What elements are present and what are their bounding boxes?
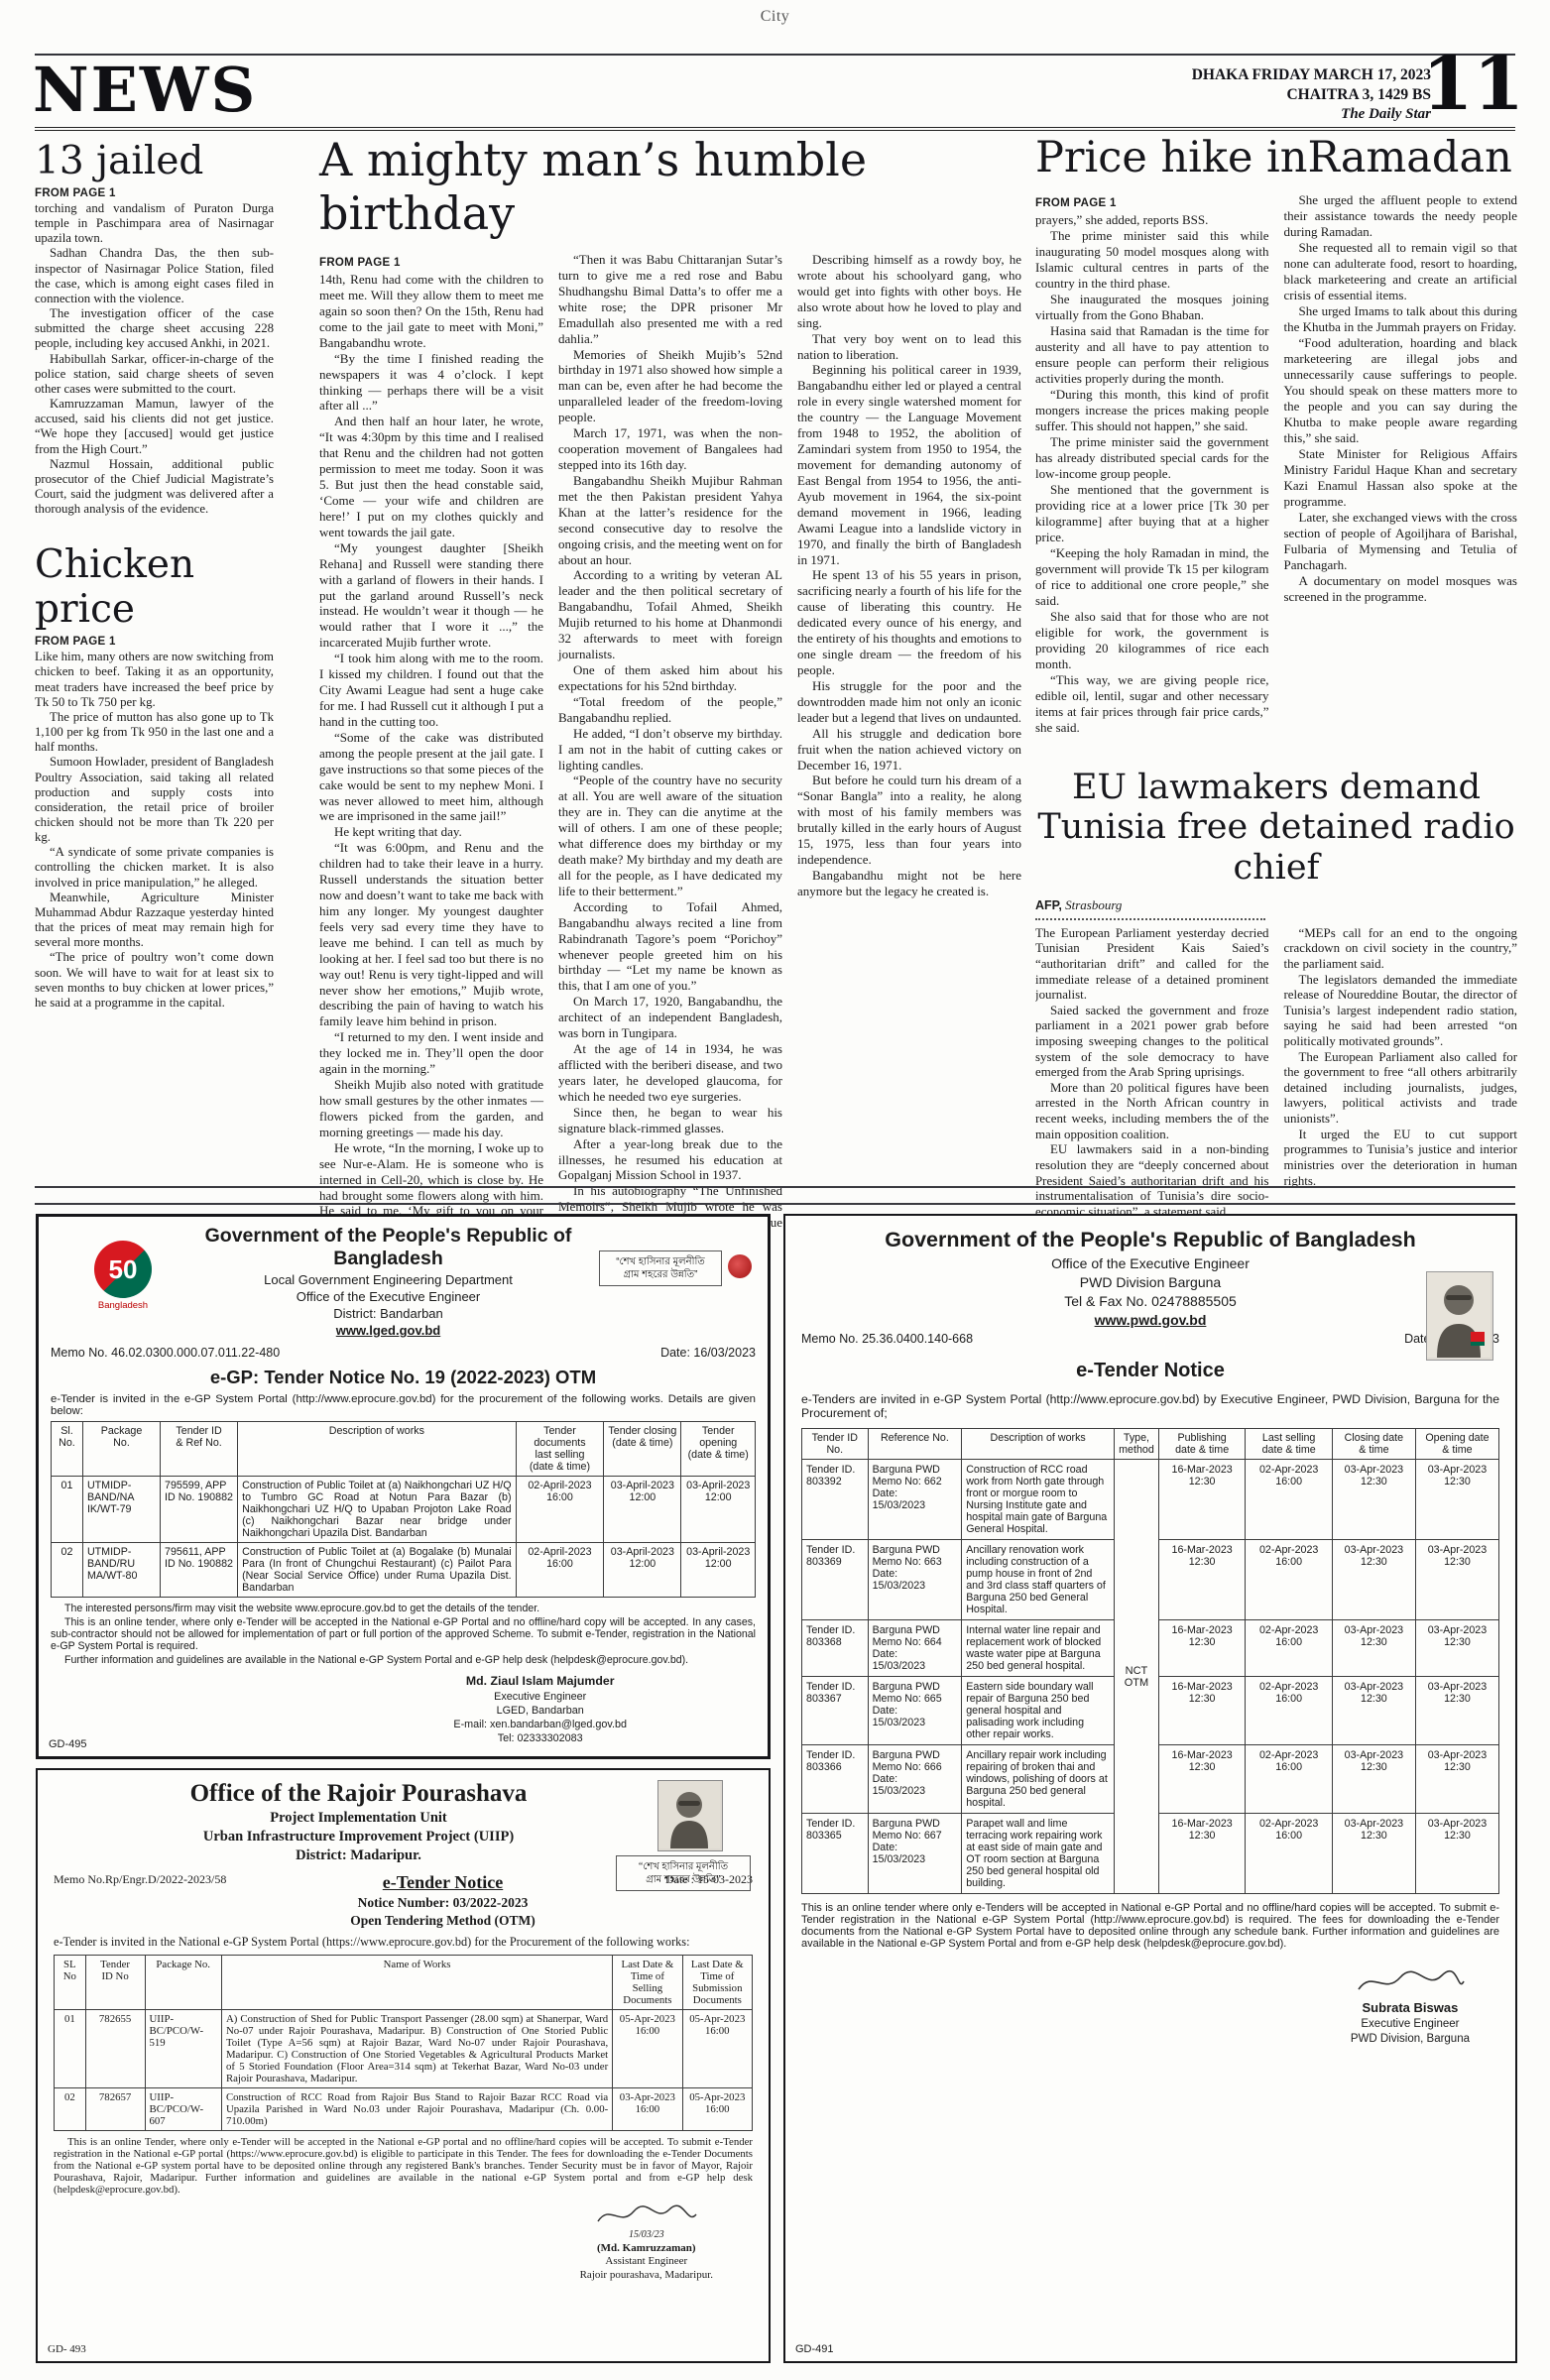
district-line: District: Madaripur. [113,1847,604,1864]
tender-intro: e-Tenders are invited in e-GP System Por… [801,1392,1499,1420]
cell-tender-id: Tender ID. 803392 [802,1460,869,1540]
col-header: Type, method [1115,1429,1159,1460]
paragraph: “During this month, this kind of profit … [1035,387,1269,434]
rajoir-header-center: Office of the Rajoir Pourashava Project … [113,1780,604,1864]
cell-selling: 02-April-2023 16:00 [516,1543,604,1598]
signature-scribble-icon [592,2200,701,2229]
cell-closing: 03-April-2023 12:00 [604,1543,681,1598]
col-header: Tender closing (date & time) [604,1422,681,1477]
paragraph: “Keeping the holy Ramadan in mind, the g… [1035,545,1269,609]
article-price-hike: Price hike inRamadan FROM PAGE 1 prayers… [1035,133,1517,766]
paragraph: This is an online tender, where only e-T… [51,1616,756,1652]
article-paragraphs: prayers,” she added, reports BSS.The pri… [1035,192,1517,766]
cell-tender-id: 782655 [85,2010,145,2088]
col-header: Last Date & Time of Submission Documents [682,1956,752,2010]
memo-row: Memo No. 25.36.0400.140-668 Date: 15.03.… [801,1332,1499,1346]
article-body: torching and vandalism of Puraton Durga … [35,201,274,517]
office-title: Office of the Rajoir Pourashava [113,1780,604,1808]
paragraph: Since then, he began to wear his signatu… [558,1105,782,1136]
article-column-1: 13 jailed FROM PAGE 1 torching and vanda… [35,139,274,1178]
pwd-header: Government of the People's Republic of B… [801,1228,1499,1328]
cell-reference: Barguna PWD Memo No: 666 Date: 15/03/202… [868,1745,962,1814]
paragraph: After a year-long break due to the illne… [558,1136,782,1184]
paragraph: “MEPs call for an end to the ongoing cra… [1284,926,1518,973]
signature-block: Md. Ziaul Islam Majumder Executive Engin… [453,1674,627,1745]
tender-notice-title: e-Tender Notice [252,1872,634,1893]
paragraph: “People of the country have no security … [558,773,782,898]
cell-closing: 03-Apr-2023 12:30 [1332,1677,1415,1745]
notice-number: Notice Number: 03/2022-2023 [252,1895,634,1911]
tender-intro: e-Tender is invited in the e-GP System P… [51,1393,756,1417]
paragraph: “I returned to my den. I went inside and… [319,1029,543,1077]
article-body: FROM PAGE 1 prayers,” she added, reports… [1035,192,1517,766]
cell-reference: Barguna PWD Memo No: 663 Date: 15/03/202… [868,1540,962,1620]
memo-date: Date: 16/03/2023 [660,1346,756,1360]
paragraph: On March 17, 1920, Bangabandhu, the arch… [558,994,782,1041]
dateline-bangla-date: CHAITRA 3, 1429 BS [1192,85,1431,105]
pwd-website-link: www.pwd.gov.bd [801,1312,1499,1328]
pwd-tender-table: Tender ID No. Reference No. Description … [801,1428,1499,1894]
paragraph: Kamruzzaman Mamun, lawyer of the accused… [35,397,274,457]
article-body: FROM PAGE 1 14th, Renu had come with the… [319,252,1021,1251]
bangladesh-50-logo: 50 Bangladesh [84,1241,162,1311]
district-line: District: Bandarban [170,1306,607,1321]
dept-line: Local Government Engineering Department [170,1272,607,1287]
col-header: Tender ID & Ref No. [161,1422,238,1477]
col-header: Description of works [238,1422,516,1477]
paragraph: And then half an hour later, he wrote, “… [319,414,543,539]
cell-tender-id: 795599, APP ID No. 190882 [161,1477,238,1543]
paragraph: “This way, we are giving people rice, ed… [1035,672,1269,736]
cell-tender-id: 795611, APP ID No. 190882 [161,1543,238,1598]
cell-sl: 01 [55,2010,86,2088]
signatory-org: PWD Division, Barguna [1351,2032,1470,2048]
paragraph: Bangabandhu Sheikh Mujibur Rahman met th… [558,473,782,568]
lged-header: 50 Bangladesh Government of the People's… [51,1225,756,1342]
cell-submission: 05-Apr-2023 16:00 [682,2010,752,2088]
signature-scribble-icon [1351,1965,1470,1999]
cell-package: UIIP-BC/PCO/W-607 [145,2088,221,2131]
col-header: Tender documents last selling (date & ti… [516,1422,604,1477]
paragraph: She also said that for those who are not… [1035,609,1269,672]
col-header: Package No. [145,1956,221,2010]
masthead: NEWS [33,59,257,121]
cell-sl: 02 [52,1543,83,1598]
tender-intro: e-Tender is invited in the National e-GP… [54,1935,753,1950]
unit-line: Project Implementation Unit [113,1810,604,1827]
signature-block: 15/03/23 (Md. Kamruzzaman) Assistant Eng… [580,2200,713,2283]
cell-description: Ancillary repair work including repairin… [962,1745,1115,1814]
cell-description: Eastern side boundary wall repair of Bar… [962,1677,1115,1745]
paragraph: “My youngest daughter [Sheikh Rehana] an… [319,540,543,651]
from-page-label: FROM PAGE 1 [35,187,274,199]
tel-line: Tel & Fax No. 02478885505 [801,1293,1499,1309]
col-header: Tender ID No. [802,1429,869,1460]
cell-selling: 02-April-2023 16:00 [516,1477,604,1543]
paragraph: The investigation officer of the case su… [35,306,274,351]
paragraph: It urged the EU to cut support programme… [1284,1128,1518,1189]
gd-code: GD-491 [795,2343,834,2355]
cell-type-method: NCT OTM [1115,1460,1159,1894]
tender-conditions: This is an online Tender, where only e-T… [54,2136,753,2196]
tendering-method: Open Tendering Method (OTM) [252,1913,634,1929]
col-header: Tender ID No [85,1956,145,2010]
signatory-role: Executive Engineer [1351,2017,1470,2033]
cell-publishing: 16-Mar-2023 12:30 [1158,1745,1246,1814]
paragraph: Like him, many others are now switching … [35,650,274,710]
paragraph: “By the time I finished reading the news… [319,351,543,415]
cell-package: UTMIDP-BAND/RU MA/WT-80 [82,1543,160,1598]
paragraph: His struggle for the poor and the downtr… [797,678,1021,726]
article-tunisia: EU lawmakers demand Tunisia free detaine… [1035,768,1517,1244]
col-header: SL No [55,1956,86,2010]
paragraph: Bangabandhu might not be here anymore bu… [797,868,1021,899]
memo-row: Memo No. 46.02.0300.000.07.011.22-480 Da… [51,1346,756,1360]
cell-opening: 03-Apr-2023 12:30 [1415,1677,1498,1745]
office-line: Office of the Executive Engineer [801,1255,1499,1271]
cell-opening: 03-Apr-2023 12:30 [1415,1460,1498,1540]
article-title: A mighty man’s humble birthday [319,133,1021,240]
ad-rajoir-tender-notice: Office of the Rajoir Pourashava Project … [36,1768,771,2363]
article-chicken-price: Chicken price FROM PAGE 1 Like him, many… [35,542,274,1011]
cell-tender-id: Tender ID. 803365 [802,1814,869,1894]
paragraph: prayers,” she added, reports BSS. [1035,212,1269,228]
signatory-org: Rajoir pourashava, Madaripur. [580,2269,713,2283]
cell-opening: 03-Apr-2023 12:30 [1415,1814,1498,1894]
paragraph: He added, “I don’t observe my birthday. … [558,726,782,773]
paragraph: According to Tofail Ahmed, Bangabandhu a… [558,899,782,995]
slogan-box: “শেখ হাসিনার মূলনীতি গ্রাম শহরের উন্নতি” [599,1250,722,1286]
article-title: 13 jailed [35,139,274,183]
lged-tender-table: Sl. No. Package No. Tender ID & Ref No. … [51,1421,756,1598]
notice-block: e-Tender Notice Notice Number: 03/2022-2… [252,1872,634,1929]
from-page-label: FROM PAGE 1 [1035,196,1269,210]
table-row: Tender ID. 803392 Barguna PWD Memo No: 6… [802,1460,1499,1540]
col-header: Closing date & time [1332,1429,1415,1460]
project-line: Urban Infrastructure Improvement Project… [113,1829,604,1845]
paragraph: Beginning his political career in 1939, … [797,362,1021,567]
paragraph: Meanwhile, Agriculture Minister Muhammad… [35,891,274,951]
paragraph: All his struggle and dedication bore fru… [797,726,1021,773]
cell-tender-id: Tender ID. 803369 [802,1540,869,1620]
byline-agency: AFP, [1035,898,1062,912]
paragraph: Further information and guidelines are a… [51,1654,756,1666]
memo-number: Memo No. 46.02.0300.000.07.011.22-480 [51,1346,280,1360]
paragraph: A documentary on model mosques was scree… [1284,573,1518,605]
paragraph: This is an online tender where only e-Te… [801,1902,1499,1950]
article-13-jailed: 13 jailed FROM PAGE 1 torching and vanda… [35,139,274,517]
paragraph: “Total freedom of the people,” Bangaband… [558,694,782,726]
masthead-rule [35,127,1515,131]
paragraph: Saied sacked the government and froze pa… [1035,1004,1269,1081]
rajoir-header: Office of the Rajoir Pourashava Project … [54,1780,753,1864]
cell-description: Construction of Public Toilet at (a) Nai… [238,1477,516,1543]
tender-conditions: This is an online tender where only e-Te… [801,1902,1499,1950]
cell-description: Parapet wall and lime terracing work rep… [962,1814,1115,1894]
cell-submission: 05-Apr-2023 16:00 [682,2088,752,2131]
cell-selling: 02-Apr-2023 16:00 [1246,1540,1332,1620]
signature-block: Subrata Biswas Executive Engineer PWD Di… [1351,1965,1470,2048]
gd-code: GD- 493 [48,2343,86,2355]
dateline-date: DHAKA FRIDAY MARCH 17, 2023 [1192,65,1431,85]
cell-sl: 02 [55,2088,86,2131]
cell-publishing: 16-Mar-2023 12:30 [1158,1677,1246,1745]
division-line: PWD Division Barguna [801,1274,1499,1290]
cell-tender-id: 782657 [85,2088,145,2131]
portrait-silhouette-icon [1427,1272,1490,1358]
paragraph: “Then it was Babu Chittaranjan Sutar’s t… [558,252,782,347]
logo-caption: Bangladesh [84,1300,162,1311]
paragraph: State Minister for Religious Affairs Min… [1284,446,1518,510]
logo-50-icon: 50 [94,1241,152,1298]
paragraph: Sumoon Howlader, president of Bangladesh… [35,755,274,845]
col-header: Opening date & time [1415,1429,1498,1460]
cell-package: UIIP-BC/PCO/W-519 [145,2010,221,2088]
ad-lged-tender-notice: 50 Bangladesh Government of the People's… [36,1214,771,1759]
col-header: Sl. No. [52,1422,83,1477]
col-header: Description of works [962,1429,1115,1460]
article-title: Price hike inRamadan [1035,133,1517,182]
tender-notice-title: e-Tender Notice [801,1360,1499,1382]
lged-website-link: www.lged.gov.bd [170,1323,607,1338]
paragraph: She mentioned that the government is pro… [1035,482,1269,545]
cell-tender-id: Tender ID. 803366 [802,1745,869,1814]
paragraph: Later, she exchanged views with the cros… [1284,510,1518,573]
from-page-label: FROM PAGE 1 [35,636,274,648]
paragraph: That very boy went on to lead this natio… [797,331,1021,363]
paragraph: The European Parliament also called for … [1284,1050,1518,1128]
signature-date-scribble: 15/03/23 [580,2229,713,2242]
newspaper-page: City NEWS DHAKA FRIDAY MARCH 17, 2023 CH… [0,0,1550,2380]
ad-pwd-tender-notice: Government of the People's Republic of B… [783,1214,1517,2363]
office-line: Office of the Executive Engineer [170,1289,607,1304]
gov-title: Government of the People's Republic of B… [801,1228,1499,1252]
paragraph: One of them asked him about his expectat… [558,662,782,694]
table-header-row: Tender ID No. Reference No. Description … [802,1429,1499,1460]
paragraph: “The price of poultry won’t come down so… [35,950,274,1011]
cell-opening: 03-April-2023 12:00 [681,1543,756,1598]
cell-closing: 03-April-2023 12:00 [604,1477,681,1543]
gov-title: Government of the People's Republic of B… [170,1225,607,1270]
cell-description: Ancillary renovation work including cons… [962,1540,1115,1620]
paragraph: He kept writing that day. [319,824,543,840]
byline-place: Strasbourg [1065,897,1122,912]
cell-publishing: 16-Mar-2023 12:30 [1158,1814,1246,1894]
gd-code: GD-495 [49,1738,87,1750]
paragraph: “Some of the cake was distributed among … [319,730,543,825]
article-body: The European Parliament yesterday decrie… [1035,926,1517,1244]
paragraph: At the age of 14 in 1934, he was afflict… [558,1041,782,1105]
cell-sl: 01 [52,1477,83,1543]
paragraph: March 17, 1971, was when the non-coopera… [558,425,782,473]
from-page-label: FROM PAGE 1 [319,256,543,270]
cell-reference: Barguna PWD Memo No: 662 Date: 15/03/202… [868,1460,962,1540]
mujib-100-logo [1426,1271,1493,1361]
cell-description: Construction of RCC road work from North… [962,1460,1115,1540]
paragraph: “I took him along with me to the room. I… [319,651,543,730]
article-birthday: A mighty man’s humble birthday FROM PAGE… [319,133,1021,1251]
paragraph: The prime minister said the government h… [1035,434,1269,482]
paragraph: Sadhan Chandra Das, the then sub-inspect… [35,246,274,306]
dateline: DHAKA FRIDAY MARCH 17, 2023 CHAITRA 3, 1… [1192,65,1431,125]
paragraph: EU lawmakers said in a non-binding resol… [1035,1142,1269,1220]
paragraph: He spent 13 of his 55 years in prison, s… [797,567,1021,677]
cell-selling: 02-Apr-2023 16:00 [1246,1814,1332,1894]
lged-header-center: Government of the People's Republic of B… [170,1225,607,1338]
cell-closing: 03-Apr-2023 12:30 [1332,1745,1415,1814]
col-header: Reference No. [868,1429,962,1460]
paragraph: This is an online Tender, where only e-T… [54,2136,753,2196]
paragraph: According to a writing by veteran AL lea… [558,567,782,662]
signatory-role: Assistant Engineer [580,2255,713,2269]
cell-reference: Barguna PWD Memo No: 664 Date: 15/03/202… [868,1620,962,1677]
cell-opening: 03-April-2023 12:00 [681,1477,756,1543]
signatory-email: E-mail: xen.bandarban@lged.gov.bd [453,1718,627,1731]
cell-tender-id: Tender ID. 803368 [802,1620,869,1677]
ads-divider-rule-1 [35,1186,1515,1188]
paragraph: “A syndicate of some private companies i… [35,845,274,890]
cell-closing: 03-Apr-2023 12:30 [1332,1540,1415,1620]
cell-name-of-works: Construction of RCC Road from Rajoir Bus… [221,2088,612,2131]
paragraph: Nazmul Hossain, additional public prosec… [35,457,274,518]
paragraph: She requested all to remain vigil so tha… [1284,240,1518,303]
cell-selling: 02-Apr-2023 16:00 [1246,1745,1332,1814]
col-header: Name of Works [221,1956,612,2010]
article-paragraphs: 14th, Renu had come with the children to… [319,252,1021,1251]
table-row: 02 UTMIDP-BAND/RU MA/WT-80 795611, APP I… [52,1543,756,1598]
cell-selling: 02-Apr-2023 16:00 [1246,1620,1332,1677]
table-row: 01 782655 UIIP-BC/PCO/W-519 A) Construct… [55,2010,753,2088]
cell-selling: 02-Apr-2023 16:00 [1246,1460,1332,1540]
paragraph: Hasina said that Ramadan is the time for… [1035,323,1269,387]
col-header: Package No. [82,1422,160,1477]
cell-name-of-works: A) Construction of Shed for Public Trans… [221,2010,612,2088]
article-title: EU lawmakers demand Tunisia free detaine… [1035,768,1517,888]
red-seal-icon [728,1254,752,1278]
paragraph: 14th, Renu had come with the children to… [319,272,543,351]
col-header: Last Date & Time of Selling Documents [613,1956,682,2010]
col-header: Last selling date & time [1246,1429,1332,1460]
paragraph: The price of mutton has also gone up to … [35,710,274,755]
paragraph: She urged Imams to talk about this durin… [1284,303,1518,335]
slogan-box: “শেখ হাসিনার মূলনীতি গ্রাম শহরের উন্নতি” [616,1855,751,1891]
cell-opening: 03-Apr-2023 12:30 [1415,1540,1498,1620]
table-row: 02 782657 UIIP-BC/PCO/W-607 Construction… [55,2088,753,2131]
paragraph: The interested persons/firm may visit th… [51,1603,756,1614]
rajoir-tender-table: SL No Tender ID No Package No. Name of W… [54,1955,753,2131]
cell-publishing: 16-Mar-2023 12:30 [1158,1620,1246,1677]
paper-name: The Daily Star [1192,105,1431,125]
tender-notice-title: e-GP: Tender Notice No. 19 (2022-2023) O… [51,1367,756,1388]
table-header-row: SL No Tender ID No Package No. Name of W… [55,1956,753,2010]
paragraph: She inaugurated the mosques joining virt… [1035,292,1269,323]
memo-number: Memo No.Rp/Engr.D/2022-2023/58 [54,1872,252,1887]
memo-number: Memo No. 25.36.0400.140-668 [801,1332,973,1346]
cell-description: Construction of Public Toilet at (a) Bog… [238,1543,516,1598]
cell-reference: Barguna PWD Memo No: 665 Date: 15/03/202… [868,1677,962,1745]
signatory-name: (Md. Kamruzzaman) [580,2242,713,2256]
tender-conditions: The interested persons/firm may visit th… [51,1603,756,1666]
cell-closing: 03-Apr-2023 12:30 [1332,1460,1415,1540]
cell-selling: 03-Apr-2023 16:00 [613,2088,682,2131]
signatory-role: Executive Engineer [453,1690,627,1704]
signatory-name: Subrata Biswas [1351,1999,1470,2017]
section-kicker: City [0,8,1550,26]
article-body: Like him, many others are now switching … [35,650,274,1011]
paragraph: More than 20 political figures have been… [1035,1081,1269,1142]
paragraph: torching and vandalism of Puraton Durga … [35,201,274,246]
cell-selling: 05-Apr-2023 16:00 [613,2010,682,2088]
cell-description: Internal water line repair and replaceme… [962,1620,1115,1677]
cell-publishing: 16-Mar-2023 12:30 [1158,1460,1246,1540]
article-title: Chicken price [35,542,274,632]
page-number: 11 [1422,48,1524,121]
paragraph: She urged the affluent people to extend … [1284,192,1518,240]
col-header: Tender opening (date & time) [681,1422,756,1477]
ads-divider-rule-2 [35,1203,1515,1205]
table-row: 01 UTMIDP-BAND/NA IK/WT-79 795599, APP I… [52,1477,756,1543]
byline: AFP, Strasbourg [1035,897,1265,920]
paragraph: Memories of Sheikh Mujib’s 52nd birthday… [558,347,782,426]
cell-opening: 03-Apr-2023 12:30 [1415,1620,1498,1677]
cell-selling: 02-Apr-2023 16:00 [1246,1677,1332,1745]
paragraph: The prime minister said this while inaug… [1035,228,1269,292]
paragraph: Describing himself as a rowdy boy, he wr… [797,252,1021,331]
cell-reference: Barguna PWD Memo No: 667 Date: 15/03/202… [868,1814,962,1894]
cell-package: UTMIDP-BAND/NA IK/WT-79 [82,1477,160,1543]
cell-publishing: 16-Mar-2023 12:30 [1158,1540,1246,1620]
mujib-photo [657,1780,723,1851]
cell-tender-id: Tender ID. 803367 [802,1677,869,1745]
portrait-silhouette-icon [658,1781,720,1848]
cell-opening: 03-Apr-2023 12:30 [1415,1745,1498,1814]
cell-closing: 03-Apr-2023 12:30 [1332,1620,1415,1677]
table-header-row: Sl. No. Package No. Tender ID & Ref No. … [52,1422,756,1477]
paragraph: But before he could turn his dream of a … [797,773,1021,868]
paragraph: “It was 6:00pm, and Renu and the childre… [319,840,543,1029]
paragraph: Habibullah Sarkar, officer-in-charge of … [35,352,274,397]
signatory-name: Md. Ziaul Islam Majumder [453,1674,627,1690]
paragraph: The European Parliament yesterday decrie… [1035,926,1269,1004]
paragraph: Sheikh Mujib also noted with gratitude h… [319,1077,543,1140]
col-header: Publishing date & time [1158,1429,1246,1460]
paragraph: “Food adulteration, hoarding and black m… [1284,335,1518,446]
signatory-tel: Tel: 02333302083 [453,1731,627,1745]
signatory-org: LGED, Bandarban [453,1704,627,1718]
cell-closing: 03-Apr-2023 12:30 [1332,1814,1415,1894]
paragraph: The legislators demanded the immediate r… [1284,973,1518,1050]
